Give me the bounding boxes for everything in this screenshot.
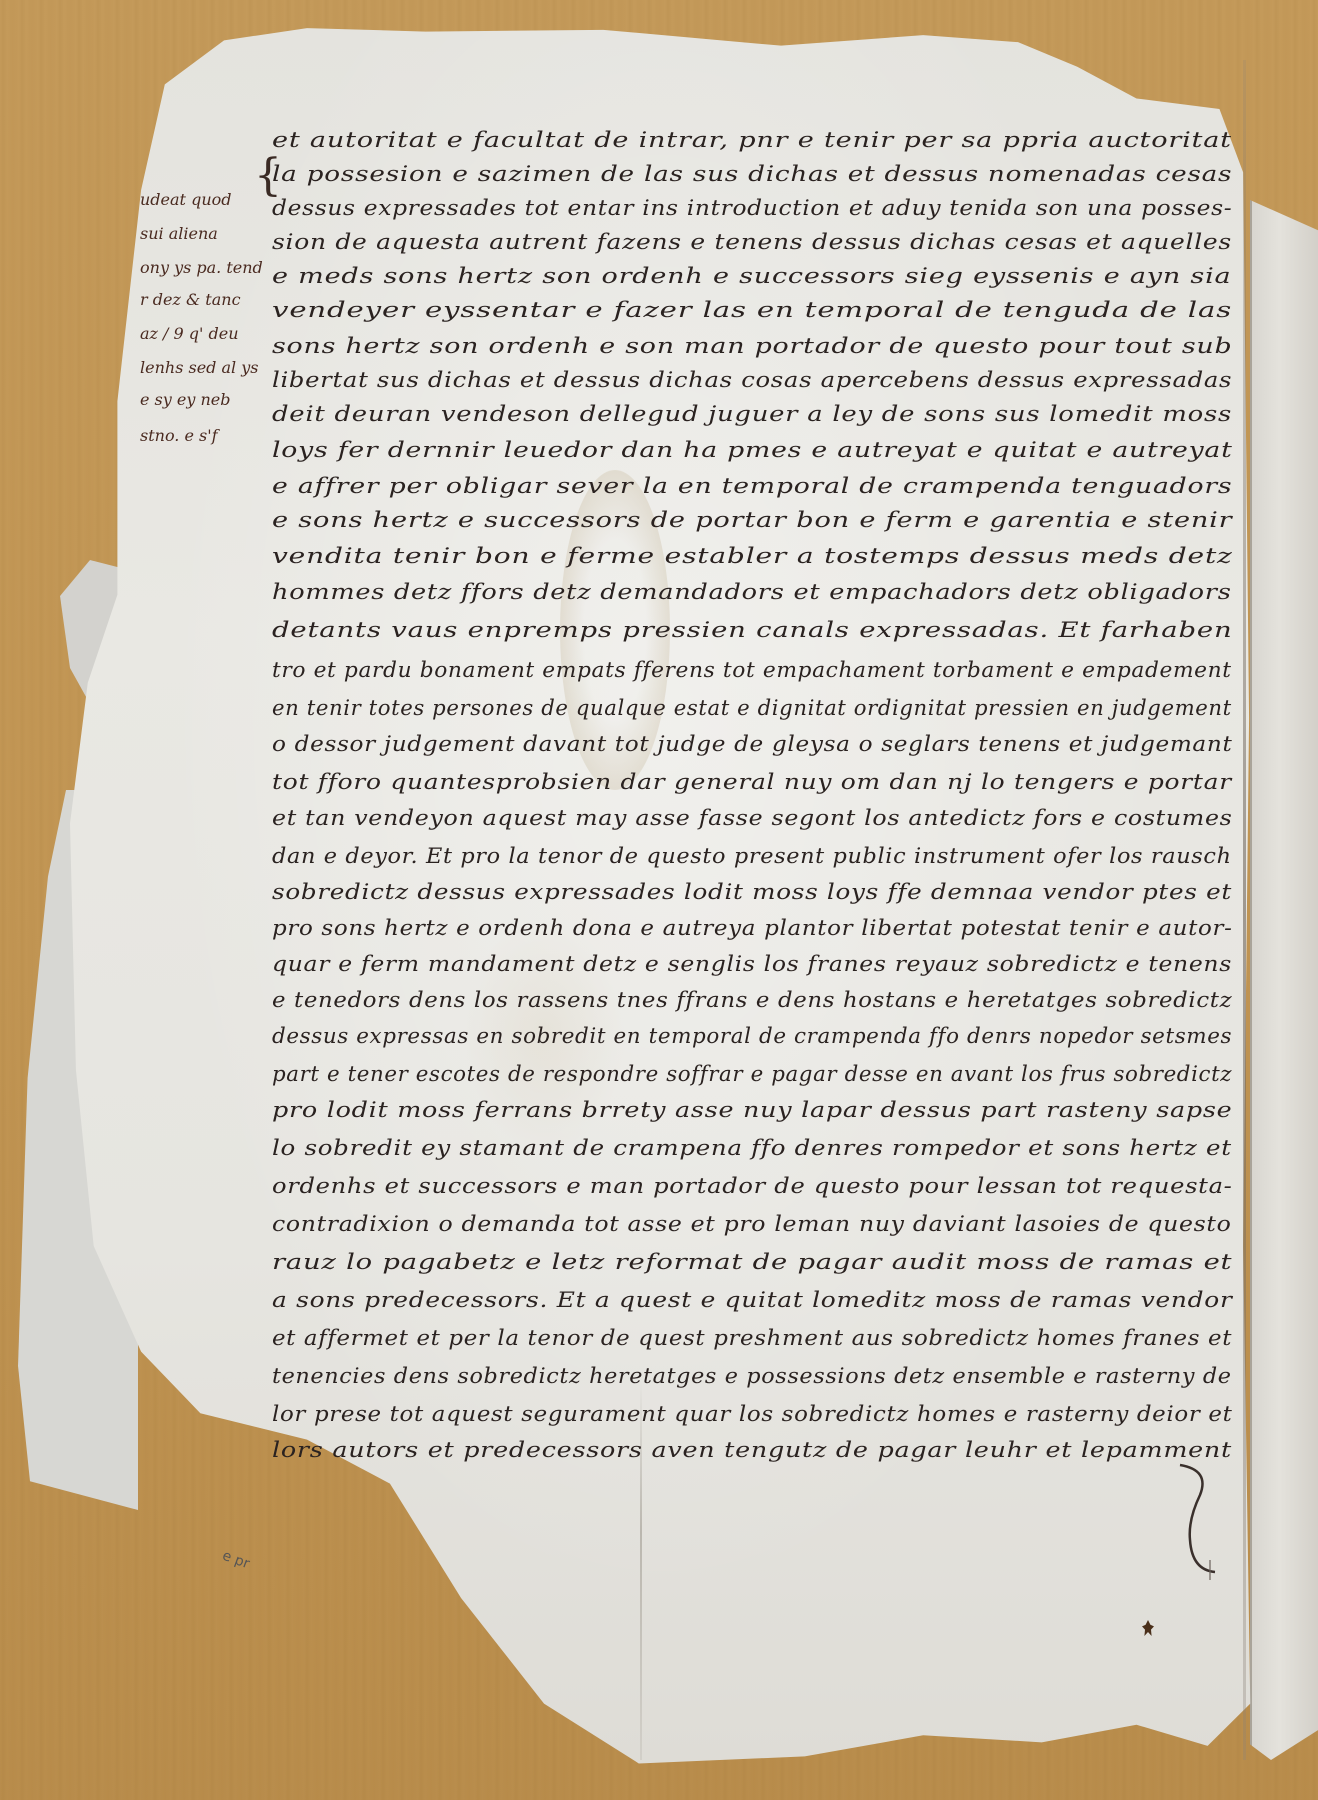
text-line: sobredictz dessus expressades lodit moss… xyxy=(272,880,1232,904)
text-line: la possesion e sazimen de las sus dichas… xyxy=(272,162,1232,186)
text-line: quar e ferm mandament detz e senglis los… xyxy=(272,952,1232,976)
text-line: en tenir totes persones de qualque estat… xyxy=(272,696,1232,720)
text-line: lo sobredit ey stamant de crampena ffo d… xyxy=(272,1136,1232,1160)
text-line: sons hertz son ordenh e son man portador… xyxy=(272,334,1232,358)
text-line: lors autors et predecessors aven tengutz… xyxy=(272,1438,1232,1462)
text-line: et autoritat e facultat de intrar, pnr e… xyxy=(272,128,1232,152)
text-line: dessus expressas en sobredit en temporal… xyxy=(272,1024,1232,1048)
margin-note: az / 9 q' deu xyxy=(140,324,239,343)
text-line: dan e deyor. Et pro la tenor de questo p… xyxy=(272,844,1232,868)
text-line: e meds sons hertz son ordenh e successor… xyxy=(272,264,1231,288)
text-line: pro lodit moss ferrans brrety asse nuy l… xyxy=(272,1098,1232,1122)
text-line: et affermet et per la tenor de quest pre… xyxy=(272,1326,1232,1350)
text-line: tenencies dens sobredictz heretatges e p… xyxy=(272,1364,1232,1388)
text-line: libertat sus dichas et dessus dichas cos… xyxy=(272,368,1232,392)
text-line: hommes detz ffors detz demandadors et em… xyxy=(272,580,1232,604)
pencil-annotation: e pr xyxy=(220,1548,252,1573)
text-line: sion de aquesta autrent fazens e tenens … xyxy=(272,230,1232,254)
binding-fold xyxy=(1243,60,1246,1760)
text-line: detants vaus enpremps pressien canals ex… xyxy=(272,618,1232,642)
text-line: et tan vendeyon aquest may asse fasse se… xyxy=(272,806,1232,830)
margin-note: r dez & tanc xyxy=(140,290,241,309)
text-line: pro sons hertz e ordenh dona e autreya p… xyxy=(272,916,1233,940)
text-line: contradixion o demanda tot asse et pro l… xyxy=(272,1212,1231,1236)
adjacent-page-edge xyxy=(1250,200,1318,1760)
text-line: vendita tenir bon e ferme establer a tos… xyxy=(272,544,1233,568)
margin-note: e sy ey neb xyxy=(140,390,231,409)
text-line: o dessor judgement davant tot judge de g… xyxy=(272,732,1232,756)
text-line: a sons predecessors. Et a quest e quitat… xyxy=(272,1288,1233,1312)
closing-flourish xyxy=(1170,1460,1230,1590)
text-line: part e tener escotes de respondre soffra… xyxy=(272,1062,1232,1086)
text-line: ordenhs et successors e man portador de … xyxy=(272,1174,1233,1198)
margin-note: lenhs sed al ys xyxy=(140,358,259,377)
margin-note: stno. e s'f xyxy=(140,426,218,445)
text-line: deit deuran vendeson dellegud juguer a l… xyxy=(272,402,1232,426)
margin-note: sui aliena xyxy=(140,224,218,243)
text-line: e tenedors dens los rassens tnes ffrans … xyxy=(272,988,1232,1012)
margin-note: udeat quod xyxy=(140,190,232,209)
text-line: rauz lo pagabetz e letz reformat de paga… xyxy=(272,1250,1232,1274)
margin-note: ony ys pa. tend xyxy=(140,258,263,277)
text-line: e sons hertz e successors de portar bon … xyxy=(272,508,1232,532)
text-line: tot fforo quantesprobsien dar general nu… xyxy=(272,770,1232,794)
text-line: vendeyer eyssentar e fazer las en tempor… xyxy=(272,298,1232,322)
text-line: dessus expressades tot entar ins introdu… xyxy=(272,196,1232,220)
text-line: lor prese tot aquest segurament quar los… xyxy=(272,1402,1232,1426)
text-line: tro et pardu bonament empats fferens tot… xyxy=(272,658,1232,682)
fold-crease xyxy=(640,1380,642,1760)
text-line: loys fer dernnir leuedor dan ha pmes e a… xyxy=(272,438,1233,462)
text-line: e affrer per obligar sever la en tempora… xyxy=(272,474,1232,498)
